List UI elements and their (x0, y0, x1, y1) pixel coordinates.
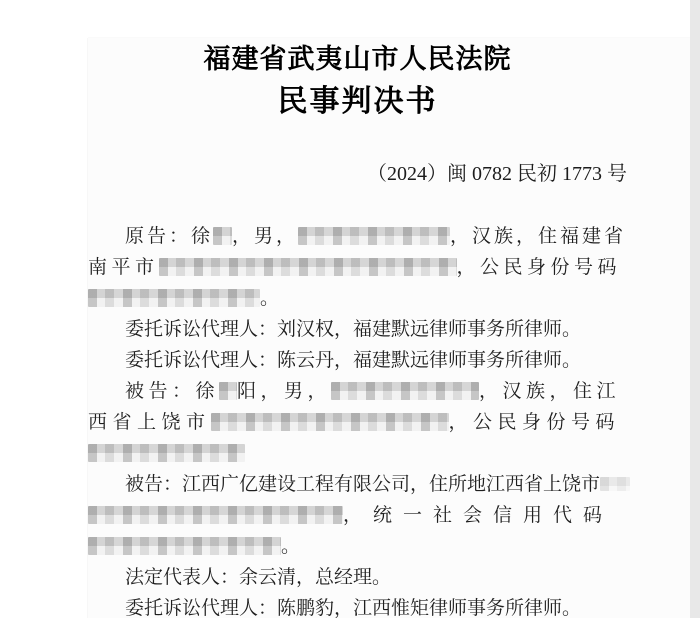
text-segment: 南平市 (88, 257, 159, 278)
text-segment: 。 (281, 536, 300, 557)
redacted-text (213, 227, 232, 245)
document-line (88, 438, 627, 469)
redacted-text (211, 413, 449, 431)
redacted-text (88, 537, 281, 555)
document-line: 原告：徐，男，，汉族，住福建省 (88, 221, 627, 252)
redacted-text (88, 289, 260, 307)
text-segment: ，汉族，住江 (479, 381, 620, 402)
text-segment: ，公民身份号码 (449, 412, 621, 433)
document-line: 南平市，公民身份号码 (88, 252, 627, 283)
text-segment: ，男， (232, 226, 298, 247)
document-content: 福建省武夷山市人民法院 民事判决书 （2024）闽 0782 民初 1773 号… (88, 43, 627, 618)
redacted-text (88, 444, 245, 462)
text-segment: 委托诉讼代理人：陈鹏豹，江西惟矩律师事务所律师。 (125, 598, 581, 618)
case-number: （2024）闽 0782 民初 1773 号 (88, 163, 627, 185)
document-body: 原告：徐，男，，汉族，住福建省南平市，公民身份号码。委托诉讼代理人：刘汉权，福建… (88, 221, 627, 618)
redacted-text (298, 227, 450, 245)
redacted-text (159, 258, 457, 276)
text-segment: 委托诉讼代理人：刘汉权，福建默远律师事务所律师。 (125, 319, 581, 340)
text-segment: ，统一社会信用代码 (343, 505, 613, 526)
document-line: 西省上饶市，公民身份号码 (88, 407, 627, 438)
document-title: 民事判决书 (88, 83, 627, 121)
document-line: 。 (88, 283, 627, 314)
document-line: 。 (88, 531, 627, 562)
text-segment: ，公民身份号码 (457, 257, 622, 278)
text-segment: 。 (260, 288, 279, 309)
document-line: 委托诉讼代理人：陈鹏豹，江西惟矩律师事务所律师。 (88, 593, 627, 618)
document-line: 法定代表人：余云清，总经理。 (88, 562, 627, 593)
redacted-text (331, 382, 479, 400)
text-segment: 被告：徐 (125, 381, 219, 402)
redacted-text (88, 506, 343, 524)
redacted-text (600, 477, 630, 491)
document-page: 福建省武夷山市人民法院 民事判决书 （2024）闽 0782 民初 1773 号… (88, 38, 690, 618)
document-line: ，统一社会信用代码 (88, 500, 627, 531)
court-name: 福建省武夷山市人民法院 (88, 43, 627, 76)
text-segment: 法定代表人：余云清，总经理。 (125, 567, 391, 588)
text-segment: 西省上饶市 (88, 412, 211, 433)
text-segment: ，汉族，住福建省 (450, 226, 626, 247)
text-segment: 原告：徐 (125, 226, 213, 247)
document-line: 被告：徐阳，男，，汉族，住江 (88, 376, 627, 407)
document-line: 委托诉讼代理人：陈云丹，福建默远律师事务所律师。 (88, 345, 627, 376)
document-viewer: 福建省武夷山市人民法院 民事判决书 （2024）闽 0782 民初 1773 号… (0, 0, 700, 618)
text-segment: 被告：江西广亿建设工程有限公司，住所地江西省上饶市 (125, 474, 600, 495)
text-segment: 阳，男， (237, 381, 331, 402)
scrollbar-track[interactable] (690, 0, 700, 618)
redacted-text (219, 382, 237, 400)
text-segment: 委托诉讼代理人：陈云丹，福建默远律师事务所律师。 (125, 350, 581, 371)
document-line: 委托诉讼代理人：刘汉权，福建默远律师事务所律师。 (88, 314, 627, 345)
document-line: 被告：江西广亿建设工程有限公司，住所地江西省上饶市 (88, 469, 627, 500)
